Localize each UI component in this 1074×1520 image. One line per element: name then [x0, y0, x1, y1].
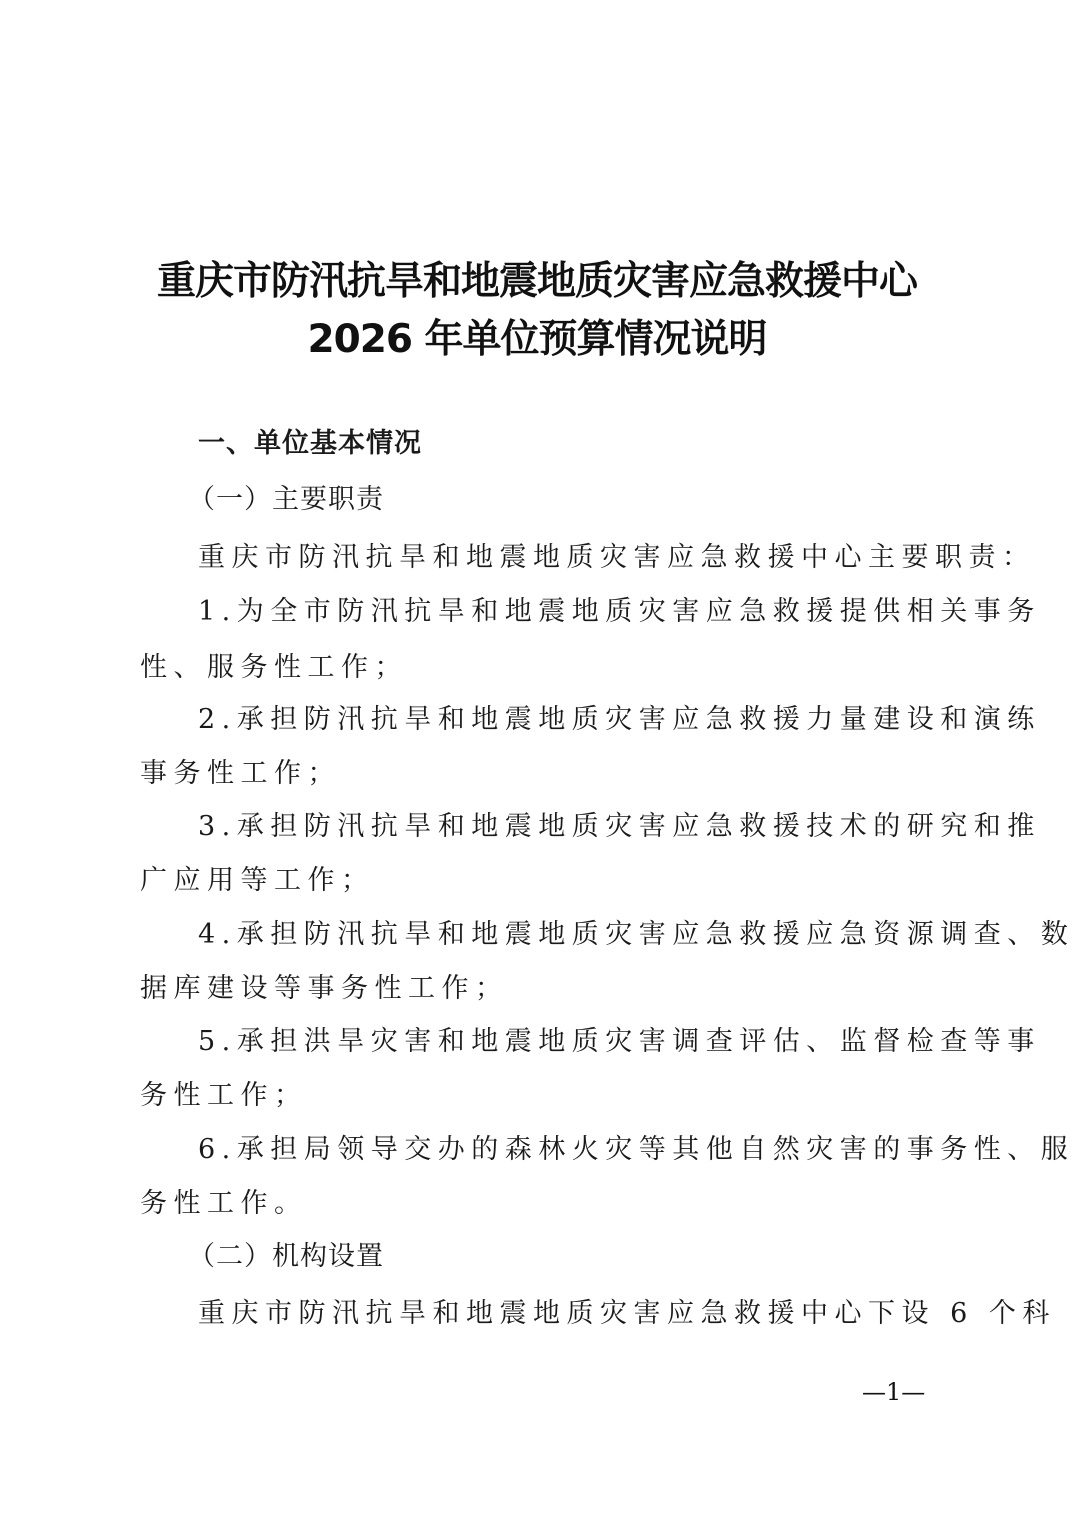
- page-number: —1—: [862, 1378, 925, 1406]
- duty-2-line1: 2.承担防汛抗旱和地震地质灾害应急救援力量建设和演练: [198, 697, 998, 736]
- duty-4-line1: 4.承担防汛抗旱和地震地质灾害应急救援应急资源调查、数: [198, 912, 998, 951]
- duties-intro: 重庆市防汛抗旱和地震地质灾害应急救援中心主要职责：: [198, 535, 998, 574]
- document-title-line1: 重庆市防汛抗旱和地震地质灾害应急救援中心: [0, 250, 1074, 306]
- subsection-heading-organization: （二）机构设置: [188, 1234, 988, 1273]
- duty-2-line2: 事务性工作；: [140, 751, 940, 790]
- duty-5-line1: 5.承担洪旱灾害和地震地质灾害调查评估、监督检查等事: [198, 1019, 998, 1058]
- duty-3-line2: 广应用等工作；: [140, 858, 940, 897]
- duty-6-line1: 6.承担局领导交办的森林火灾等其他自然灾害的事务性、服: [198, 1127, 998, 1166]
- section-heading-basic-info: 一、单位基本情况: [198, 421, 998, 460]
- document-title-line2: 2026 年单位预算情况说明: [0, 308, 1074, 364]
- duty-3-line1: 3.承担防汛抗旱和地震地质灾害应急救援技术的研究和推: [198, 804, 998, 843]
- duty-5-line2: 务性工作；: [140, 1073, 940, 1112]
- duty-4-line2: 据库建设等事务性工作；: [140, 966, 940, 1005]
- duty-6-line2: 务性工作。: [140, 1181, 940, 1220]
- duty-1-line2: 性、服务性工作；: [140, 645, 940, 684]
- subsection-heading-duties: （一）主要职责: [188, 477, 988, 516]
- duty-1-line1: 1.为全市防汛抗旱和地震地质灾害应急救援提供相关事务: [198, 589, 998, 628]
- organization-text: 重庆市防汛抗旱和地震地质灾害应急救援中心下设 6 个科: [198, 1291, 998, 1330]
